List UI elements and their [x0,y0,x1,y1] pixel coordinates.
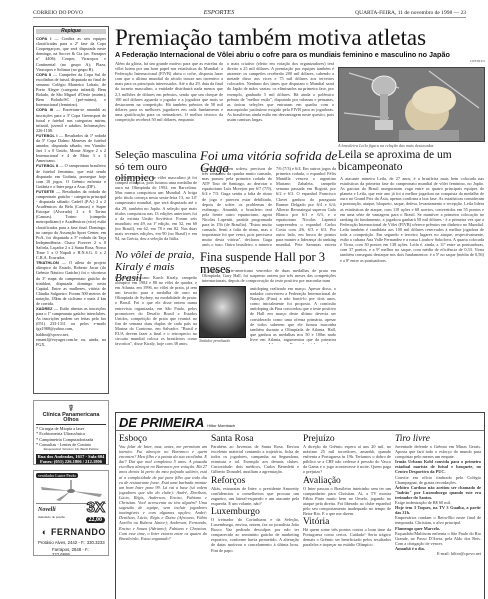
promo-3x: 3X [87,499,105,516]
clinic-address: Rua dos Andradas, 1617 - Sala 604Fones: … [36,454,106,464]
leila-photo [338,67,485,142]
sidebar-item: COPA II — Campeões da Copa Sul de escoli… [36,72,106,108]
ad-tag: ventilador Lustre Pavão [36,473,78,478]
promo-price: 22,00 [86,517,106,523]
sidebar-item: FUTEBOL I — Resultados da 1ª rodada da 5… [36,133,106,164]
main-body-col2: o mais criativo (eleito em votação dos o… [227,61,334,145]
page-header: CORREIO DO POVO ESPORTES QUARTA-FEIRA, 1… [33,8,466,18]
hall-photo-caption: Nadador penalizado [199,339,249,343]
selecao-body: A seleção brasileira de vôlei masculino … [115,175,197,247]
sidebar-item: TRIATHLON — O atleta do projeto olímpico… [36,260,106,306]
column-de-primeira: DE PRIMEIRAHiltor Mombach Esboço Vou fal… [115,412,485,599]
newspaper-name: CORREIO DO POVO [33,10,83,16]
main-deck: A Federação Internacional de Vôlei abriu… [115,50,485,59]
photo-credit: CREDITO [338,59,485,63]
page-date: QUARTA-FEIRA, 11 de novembro de 1998 — 2… [355,10,466,16]
brand-novelli: Novelli [38,507,56,513]
leila-photo-caption: A brasileira Leila figura na relação das… [338,143,485,148]
leila-headline: Leila se aproxima de um bicampeonato [338,150,486,173]
column-author: Hiltor Mombach [207,423,235,428]
store-name: ◐ FERNANDO [42,527,106,537]
column-section: Santa Rosa Parabéns ao Juventus de Santa… [211,433,299,598]
main-body-col1: Além da glória, há um grande motivo para… [115,61,223,145]
column-email[interactable]: E-mail: hiltor@cpovo.net [395,551,481,556]
sidebar-item: XADREZ — Estão abertas as inscrições par… [36,306,106,347]
clinic-responsible: Responsável Técnico: Dr. Benil Pettine [36,447,106,452]
store-phone: Protásio Alves, 2442 - F.: 330.3233 [38,540,105,545]
column-section-tiro-livre: Tiro livre Juventude defende o Grêmio em… [395,433,481,598]
store-phone: Farrapos, 2848 - F.: 222.6686 [52,547,108,556]
clinic-name: Clínica Panamericana Olhos [36,413,106,425]
column-title: DE PRIMEIRAHiltor Mombach [116,413,484,431]
section-name: ESPORTES [204,9,235,16]
hall-lead: O nadador norte-americano vencedor de du… [202,268,336,284]
sidebar-repique: Repique COPA I — Confira as seis equipes… [33,26,109,394]
guga-body-col2: 7/6 (7/3) e 6/4. Em outros jogos da prim… [276,166,336,246]
hall-photo [199,286,246,338]
hall-body: antidoping realizado em março. Apesar di… [250,286,336,344]
sidebar-item: FUTSETE — Resultados da rodada do campeo… [36,189,106,260]
main-headline: Premiação também motiva atletas [115,26,485,50]
ad-fernando[interactable]: ventilador Lustre Pavão Novelli mandado … [33,470,109,556]
sidebar-item: FUTEBOL II — O campeonato brasileiro de … [36,163,106,188]
sidebar-item: COPA III — Encerram-se amanhã as inscriç… [36,107,106,132]
sidebar-title: Repique [36,29,106,34]
store-logo-icon: ◐ [42,527,51,537]
column-section: Prejuízo A direção do Grêmio espera aí u… [303,433,391,598]
column-section: Esboço Vou falar de Inter, mas, antes, m… [119,433,207,598]
leila-body: A atacante mineira Leila, de 27 anos, é … [340,176,484,398]
brand-subtitle: mandado de prezão [38,515,65,519]
praia-body: O norte-americano Karch Kiraly, campeão … [115,275,197,401]
guga-body-col1: Gustavo Kuerten sofreu, precisou de três… [202,166,272,246]
sidebar-item: COPA I — Confira as seis equipes classif… [36,36,106,72]
ad-clinic[interactable]: ☤ Clínica Panamericana Olhos * Cirurgia … [33,400,109,465]
